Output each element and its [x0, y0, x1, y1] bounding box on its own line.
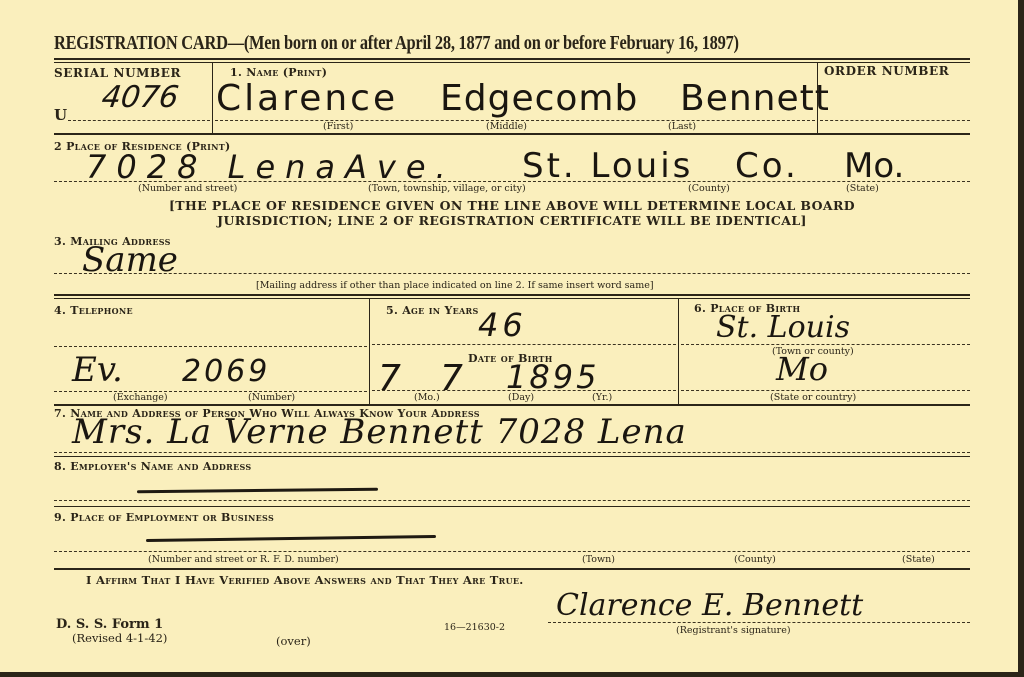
middle-caption: (Middle): [486, 121, 527, 132]
number-caption: (Number): [248, 392, 295, 403]
mailing-line: [54, 273, 970, 274]
affirmation-text: I Affirm That I Have Verified Above Answ…: [86, 573, 524, 587]
street-caption: (Number and street): [138, 183, 237, 194]
registration-card: REGISTRATION CARD—(Men born on or after …: [0, 0, 1024, 677]
divider: [54, 568, 970, 570]
county-caption: (County): [688, 183, 730, 194]
employment-line: [54, 551, 970, 552]
exchange-caption: (Exchange): [113, 392, 168, 403]
residence-notice-line1: [THE PLACE OF RESIDENCE GIVEN ON THE LIN…: [54, 198, 970, 213]
divider: [54, 62, 970, 63]
serial-number-label: SERIAL NUMBER: [54, 66, 181, 80]
year-caption: (Yr.): [592, 392, 612, 403]
last-name-value[interactable]: Bennett: [680, 78, 830, 119]
mailing-caption: [Mailing address if other than place ind…: [256, 280, 654, 291]
employment-street-caption: (Number and street or R. F. D. number): [148, 554, 339, 565]
signature-caption: (Registrant's signature): [676, 625, 791, 636]
form-number: D. S. S. Form 1: [56, 617, 163, 632]
age-label: 5. Age in Years: [386, 304, 479, 317]
residence-notice-line2: JURISDICTION; LINE 2 OF REGISTRATION CER…: [54, 213, 970, 228]
print-code: 16—21630-2: [444, 622, 505, 633]
employment-town-caption: (Town): [582, 554, 615, 565]
telephone-line: [54, 391, 367, 392]
state-caption: (State): [846, 183, 879, 194]
divider: [212, 63, 213, 133]
age-line: [372, 344, 676, 345]
telephone-exchange-value[interactable]: Ev.: [72, 350, 123, 390]
serial-line: [68, 120, 210, 121]
birth-day-value[interactable]: 7: [440, 358, 463, 399]
telephone-number-value[interactable]: 2069: [182, 354, 270, 389]
signature-line: [548, 622, 970, 623]
serial-prefix: U: [54, 106, 68, 124]
last-caption: (Last): [668, 121, 696, 132]
birth-town-value[interactable]: St. Louis: [716, 310, 850, 345]
dob-line: [372, 390, 676, 391]
residence-state-value[interactable]: Mo.: [844, 146, 904, 186]
employer-label: 8. Employer's Name and Address: [54, 460, 251, 473]
divider: [678, 299, 679, 404]
birth-state-value[interactable]: Mo: [776, 350, 828, 388]
employment-label: 9. Place of Employment or Business: [54, 511, 274, 524]
town-caption: (Town, township, village, or city): [368, 183, 526, 194]
first-name-value[interactable]: Clarence: [216, 78, 398, 119]
divider: [54, 506, 970, 507]
employer-blank-stroke: [137, 488, 378, 494]
contact-line: [54, 452, 970, 453]
order-number-line: [820, 120, 970, 121]
card-title: REGISTRATION CARD—(Men born on or after …: [54, 32, 739, 55]
residence-street-value[interactable]: 7028 LenaAve.: [86, 148, 456, 186]
age-value[interactable]: 46: [478, 306, 527, 344]
first-caption: (First): [323, 121, 353, 132]
registrant-signature[interactable]: Clarence E. Bennett: [556, 588, 863, 623]
residence-town-value[interactable]: St. Louis: [522, 146, 693, 186]
contact-value[interactable]: Mrs. La Verne Bennett 7028 Lena: [72, 412, 687, 452]
employment-blank-stroke: [146, 535, 436, 542]
divider: [54, 298, 970, 299]
divider: [369, 299, 370, 404]
birth-state-line: [681, 390, 970, 391]
divider: [54, 58, 970, 60]
middle-name-value[interactable]: Edgecomb: [440, 78, 638, 119]
employer-line: [54, 500, 970, 501]
employment-county-caption: (County): [734, 554, 776, 565]
divider: [54, 404, 970, 406]
divider: [54, 456, 970, 457]
birth-month-value[interactable]: 7: [378, 358, 401, 399]
order-number-label: ORDER NUMBER: [824, 64, 949, 78]
birth-town-line: [681, 344, 970, 345]
month-caption: (Mo.): [414, 392, 440, 403]
telephone-label: 4. Telephone: [54, 304, 133, 317]
mailing-address-value[interactable]: Same: [82, 240, 178, 280]
employment-state-caption: (State): [902, 554, 935, 565]
divider: [54, 133, 970, 135]
birth-state-caption: (State or country): [770, 392, 856, 403]
divider: [54, 294, 970, 296]
over-note: (over): [276, 634, 311, 648]
form-revised-date: (Revised 4-1-42): [72, 631, 167, 645]
telephone-line-upper: [54, 346, 367, 347]
day-caption: (Day): [508, 392, 534, 403]
serial-number-value[interactable]: 4076: [100, 80, 181, 115]
residence-county-value[interactable]: Co.: [735, 146, 799, 186]
